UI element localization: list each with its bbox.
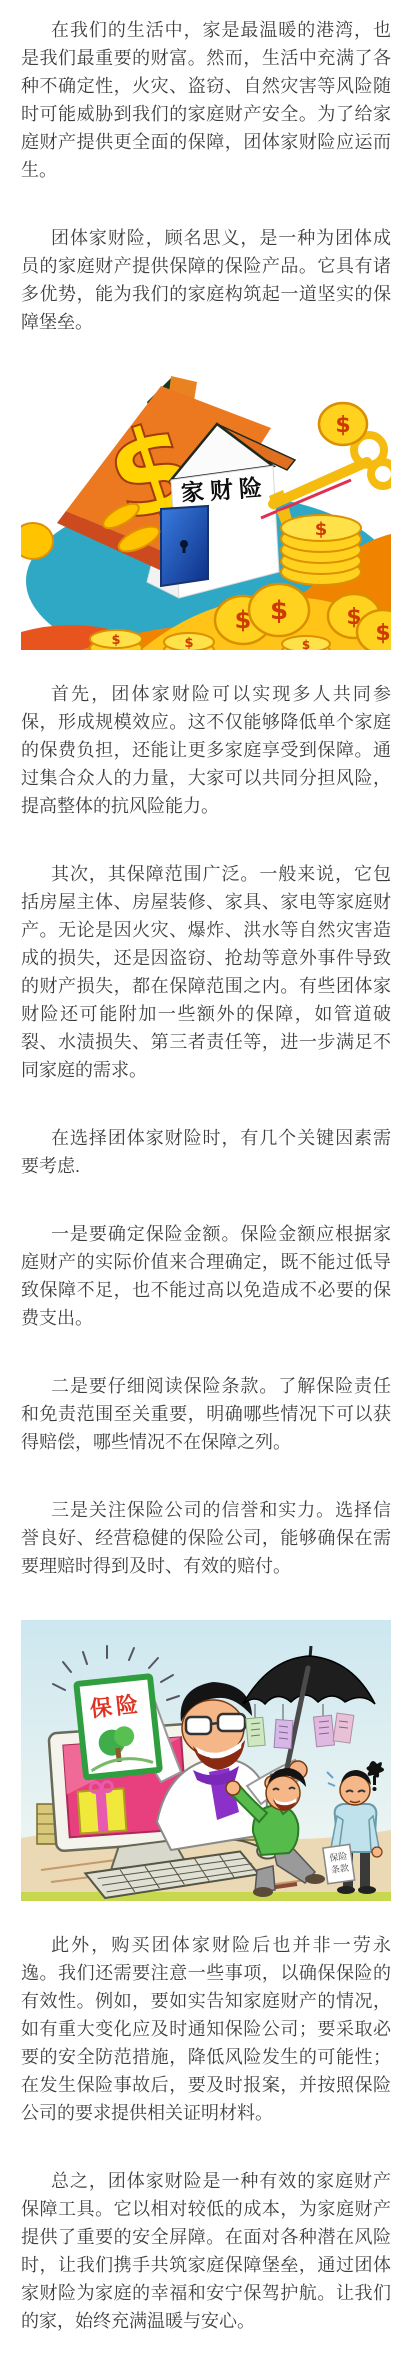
insurance-cartoon-illustration: 保险	[21, 1620, 391, 1901]
house-coins-illustration: $ 家财险	[21, 376, 391, 650]
svg-text:$: $	[302, 638, 310, 650]
coin-stack-bottom-right: $	[282, 636, 330, 650]
svg-text:$: $	[111, 633, 120, 648]
coin-stack-bottom-mid: $	[164, 633, 214, 650]
svg-text:$: $	[270, 596, 288, 626]
paragraph-coverage: 其次，其保障范围广泛。一般来说，它包括房屋主体、房屋装修、家具、家电等家庭财产。…	[21, 860, 391, 1084]
paragraph-factor-insurer: 三是关注保险公司的信誉和实力。选择信誉良好、经营稳健的保险公司，能够确保在需要理…	[21, 1496, 391, 1580]
svg-text:$: $	[315, 519, 328, 540]
svg-text:$: $	[184, 636, 193, 650]
svg-text:$: $	[335, 413, 350, 438]
paragraph-key-factors: 在选择团体家财险时，有几个关键因素需要考虑.	[21, 1124, 391, 1180]
paragraph-conclusion: 总之，团体家财险是一种有效的家庭财产保障工具。它以相对较低的成本，为家庭财产提供…	[21, 2167, 391, 2335]
paragraph-factor-terms: 二是要仔细阅读保险条款。了解保险责任和免责范围至关重要，明确哪些情况下可以获得赔…	[21, 1372, 391, 1456]
svg-text:$: $	[375, 621, 390, 646]
insurance-book: 保险	[76, 1676, 159, 1777]
terms-paper: 保险 条款	[323, 1844, 355, 1883]
paragraph-definition: 团体家财险，顾名思义，是一种为团体成员的家庭财产提供保障的保险产品。它具有诸多优…	[21, 224, 391, 336]
paragraph-intro: 在我们的生活中，家是最温暖的港湾，也是我们最重要的财富。然而，生活中充满了各种不…	[21, 16, 391, 184]
coin-stack-bottom-left: $	[90, 630, 142, 650]
paragraph-advantage-scale: 首先，团体家财险可以实现多人共同参保，形成规模效应。这不仅能够降低单个家庭的保费…	[21, 680, 391, 820]
paragraph-factor-amount: 一是要确定保险金额。保险金额应根据家庭财产的实际价值来合理确定，既不能过低导致保…	[21, 1220, 391, 1332]
paragraph-aftercare: 此外，购买团体家财险后也并非一劳永逸。我们还需要注意一些事项，以确保保险的有效性…	[21, 1931, 391, 2127]
article-body: 在我们的生活中，家是最温暖的港湾，也是我们最重要的财富。然而，生活中充满了各种不…	[0, 0, 412, 2355]
coin-stack-right: $	[281, 515, 361, 585]
